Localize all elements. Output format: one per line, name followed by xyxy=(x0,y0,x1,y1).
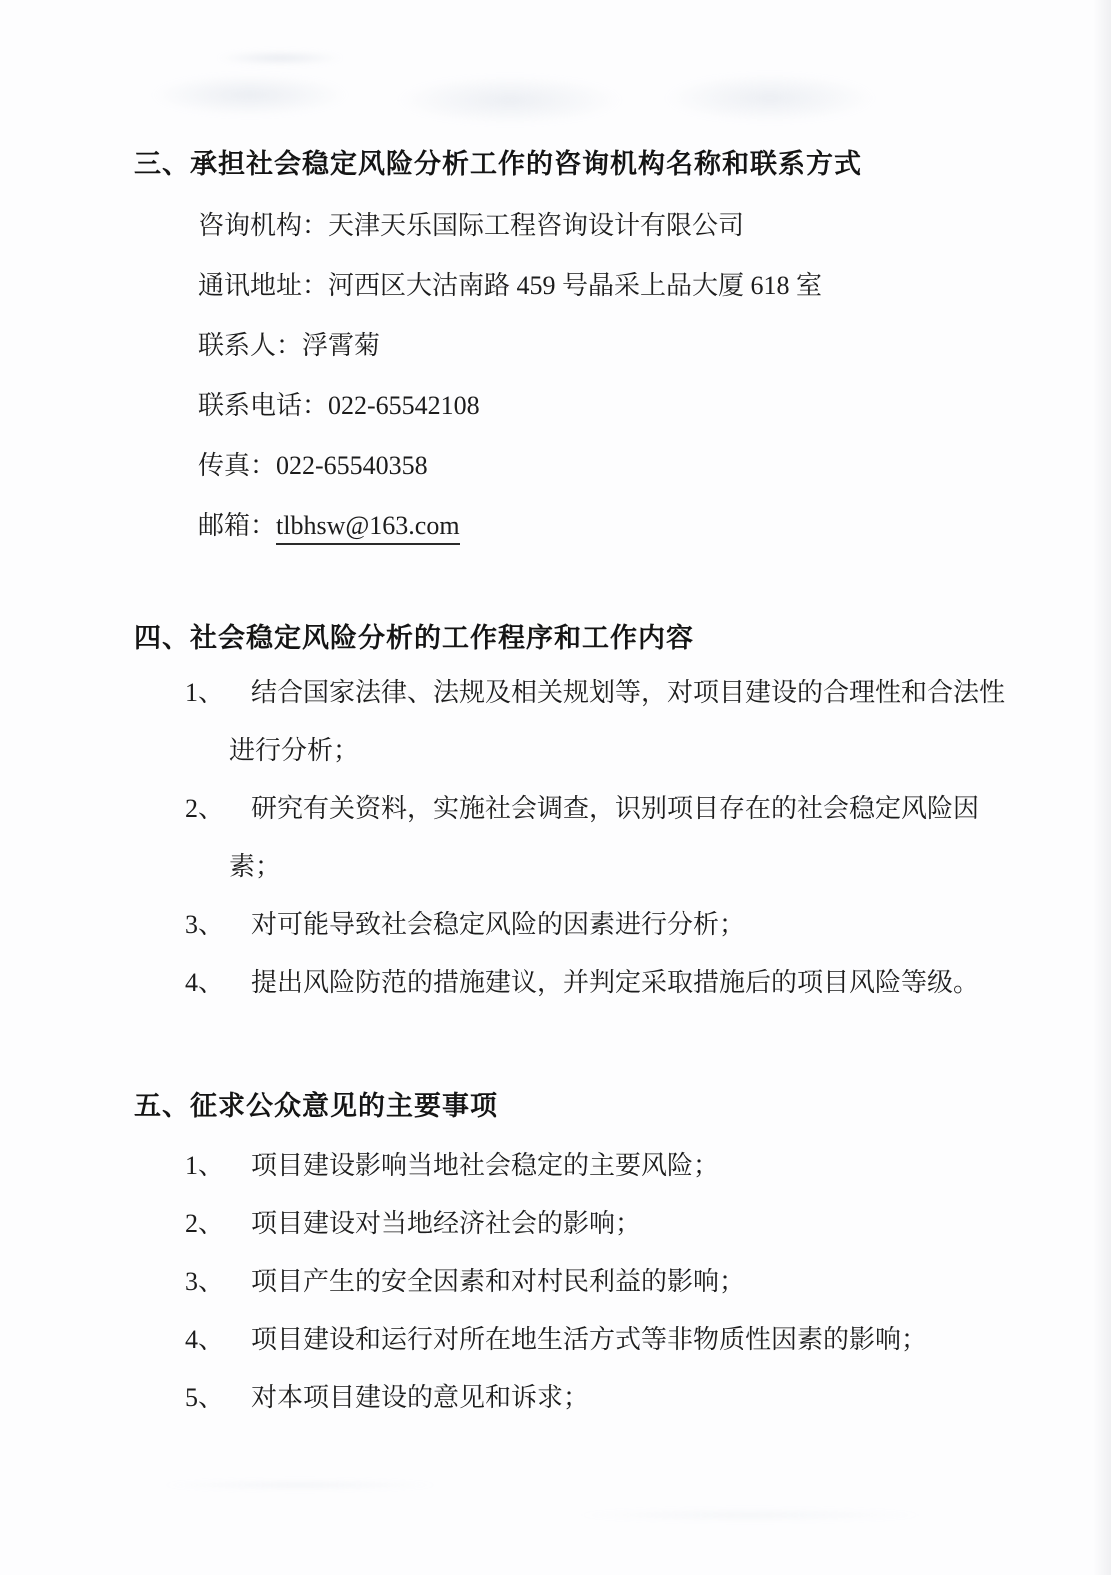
list-item: 2、研究有关资料，实施社会调查，识别项目存在的社会稳定风险因素； xyxy=(229,780,1029,896)
list-item: 1、项目建设影响当地社会稳定的主要风险； xyxy=(229,1137,1029,1195)
item-number: 2、 xyxy=(185,1209,224,1238)
item-number: 4、 xyxy=(185,968,224,997)
item-text: 结合国家法律、法规及相关规划等，对项目建设的合理性和合法性进行分析； xyxy=(229,678,1005,765)
work-procedure-list: 1、结合国家法律、法规及相关规划等，对项目建设的合理性和合法性进行分析； 2、研… xyxy=(229,664,1029,1012)
list-item: 3、项目产生的安全因素和对村民利益的影响； xyxy=(229,1253,1029,1311)
item-number: 1、 xyxy=(185,1151,224,1180)
item-text: 项目建设影响当地社会稳定的主要风险； xyxy=(251,1151,719,1180)
scan-bleedthrough-artifact xyxy=(90,50,990,135)
list-item: 2、项目建设对当地经济社会的影响； xyxy=(229,1195,1029,1253)
item-number: 5、 xyxy=(185,1383,224,1412)
contact-line-email: 邮箱：tlbhsw@163.com xyxy=(198,496,1111,556)
consultancy-contact-block: 咨询机构：天津天乐国际工程咨询设计有限公司 通讯地址：河西区大沽南路 459 号… xyxy=(198,196,1111,556)
item-text: 项目建设和运行对所在地生活方式等非物质性因素的影响； xyxy=(251,1325,927,1354)
contact-line-agency: 咨询机构：天津天乐国际工程咨询设计有限公司 xyxy=(198,196,1111,256)
list-item: 4、提出风险防范的措施建议，并判定采取措施后的项目风险等级。 xyxy=(229,954,1029,1012)
email-label: 邮箱： xyxy=(198,511,276,540)
item-text: 提出风险防范的措施建议，并判定采取措施后的项目风险等级。 xyxy=(251,968,979,997)
contact-line-address: 通讯地址：河西区大沽南路 459 号晶采上品大厦 618 室 xyxy=(198,256,1111,316)
email-address: tlbhsw@163.com xyxy=(276,511,460,545)
contact-line-phone: 联系电话：022-65542108 xyxy=(198,376,1111,436)
item-text: 研究有关资料，实施社会调查，识别项目存在的社会稳定风险因素； xyxy=(229,794,979,881)
document-page: 三、承担社会稳定风险分析工作的咨询机构名称和联系方式 咨询机构：天津天乐国际工程… xyxy=(0,0,1111,1575)
contact-line-fax: 传真：022-65540358 xyxy=(198,436,1111,496)
section3-heading: 三、承担社会稳定风险分析工作的咨询机构名称和联系方式 xyxy=(134,148,1111,180)
list-item: 1、结合国家法律、法规及相关规划等，对项目建设的合理性和合法性进行分析； xyxy=(229,664,1029,780)
item-number: 3、 xyxy=(185,910,224,939)
item-text: 对可能导致社会稳定风险的因素进行分析； xyxy=(251,910,745,939)
list-item: 4、项目建设和运行对所在地生活方式等非物质性因素的影响； xyxy=(229,1311,1029,1369)
item-number: 1、 xyxy=(185,678,224,707)
item-text: 对本项目建设的意见和诉求； xyxy=(251,1383,589,1412)
public-opinion-list: 1、项目建设影响当地社会稳定的主要风险； 2、项目建设对当地经济社会的影响； 3… xyxy=(229,1137,1029,1427)
scan-noise-artifact xyxy=(0,1455,1111,1575)
item-text: 项目产生的安全因素和对村民利益的影响； xyxy=(251,1267,745,1296)
list-item: 5、对本项目建设的意见和诉求； xyxy=(229,1369,1029,1427)
item-number: 2、 xyxy=(185,794,224,823)
contact-line-person: 联系人：浮霄菊 xyxy=(198,316,1111,376)
section5-heading: 五、征求公众意见的主要事项 xyxy=(134,1090,1111,1122)
item-number: 4、 xyxy=(185,1325,224,1354)
item-number: 3、 xyxy=(185,1267,224,1296)
item-text: 项目建设对当地经济社会的影响； xyxy=(251,1209,641,1238)
list-item: 3、对可能导致社会稳定风险的因素进行分析； xyxy=(229,896,1029,954)
section4-heading: 四、社会稳定风险分析的工作程序和工作内容 xyxy=(134,622,1111,654)
